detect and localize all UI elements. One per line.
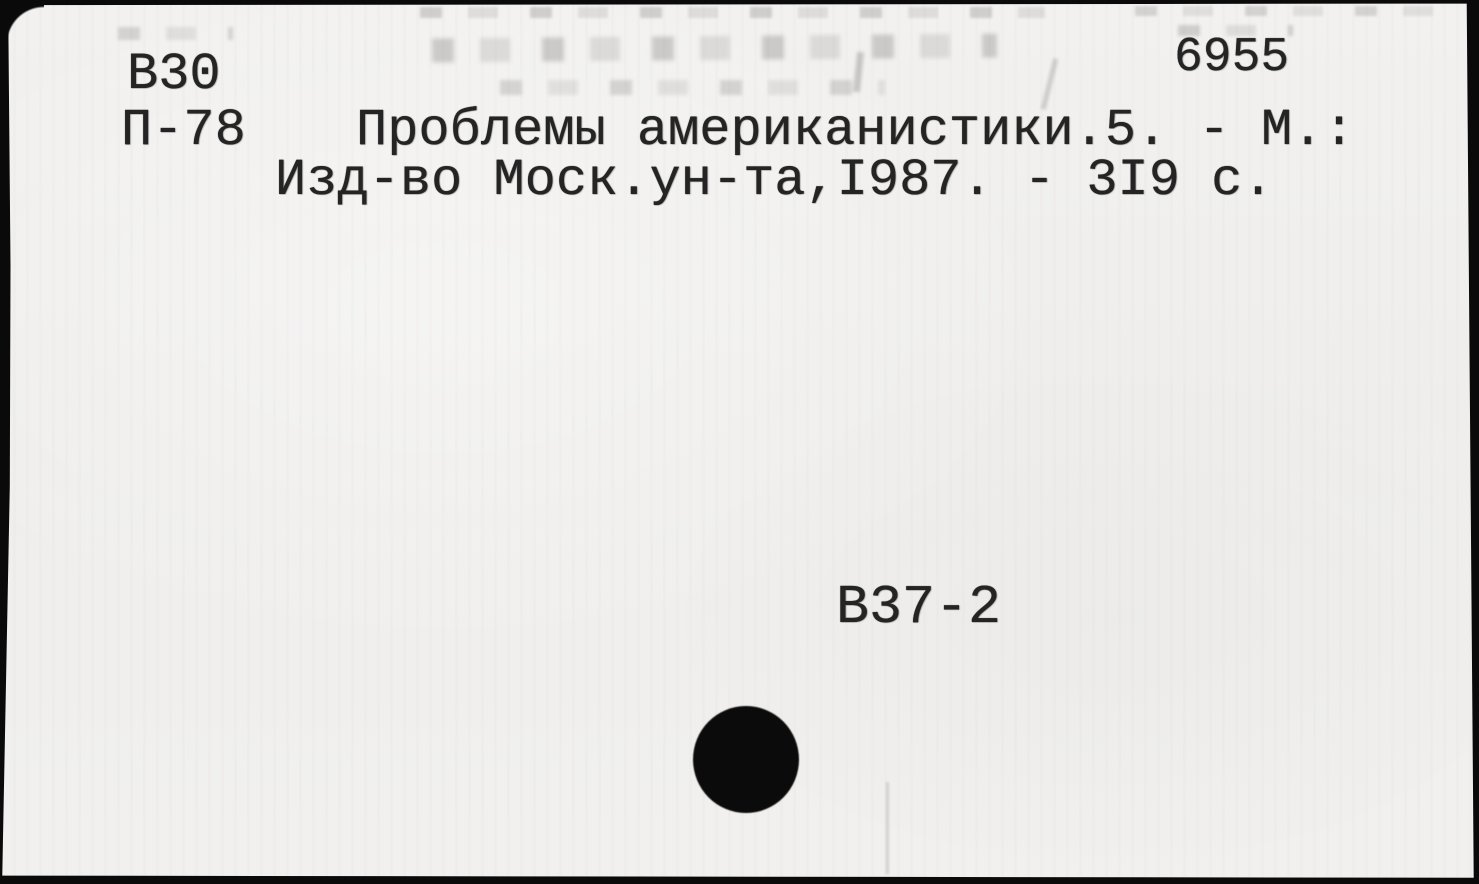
scan-crease (886, 782, 889, 874)
scan-smudge (1135, 6, 1465, 16)
scan-smudge (500, 80, 885, 95)
shelf-code: В37-2 (836, 580, 1001, 635)
bib-line-2: Изд-во Моск.ун-та,I987. - 3I9 с. (275, 155, 1274, 207)
bib-line-1: Проблемы американистики.5. - М.: (356, 105, 1355, 157)
catalog-card-scan: В30 П-78 6955 Проблемы американистики.5.… (0, 0, 1479, 884)
punch-hole (693, 706, 799, 813)
scan-smudge (432, 34, 997, 63)
catalog-card: В30 П-78 6955 Проблемы американистики.5.… (0, 0, 1479, 884)
accession-number: 6955 (1174, 34, 1289, 82)
classification-code-bottom: П-78 (121, 105, 246, 157)
classification-code-top: В30 (127, 49, 221, 101)
scan-smudge (853, 52, 864, 93)
scan-smudge (420, 7, 1045, 18)
scan-smudge (118, 27, 233, 40)
